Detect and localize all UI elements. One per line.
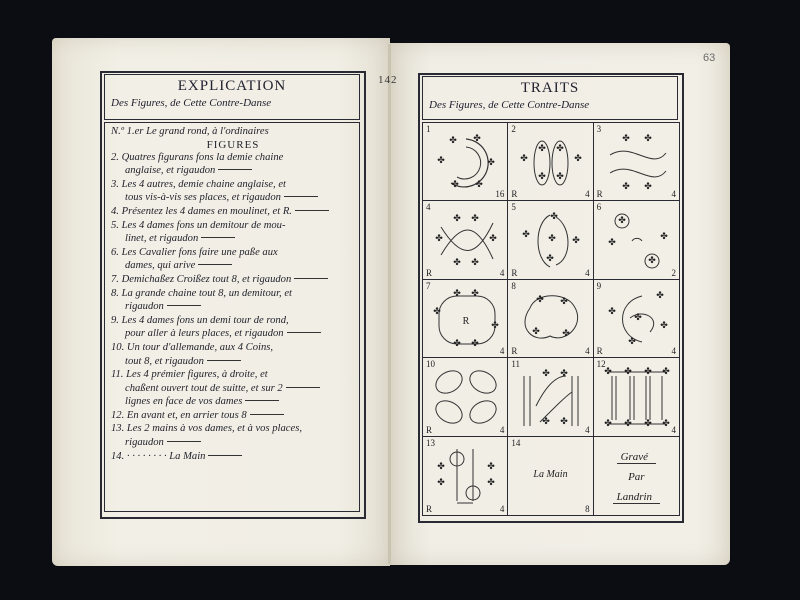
figure-diagram-12: 12✤✤✤✤✤✤✤✤4 — [594, 358, 679, 436]
svg-text:✤: ✤ — [644, 418, 652, 428]
credit-grave: Gravé — [617, 451, 657, 464]
la-main-label: La Main — [508, 469, 592, 480]
figure-entry-continuation: lignes en face de vos dames — [111, 395, 355, 409]
traits-subtitle: Des Figures, de Cette Contre-Danse — [423, 99, 677, 111]
svg-text:✤: ✤ — [563, 328, 571, 338]
figure-entry-continuation: pour aller à leurs places, et rigaudon — [111, 327, 355, 341]
bar-count: 16 — [495, 189, 504, 199]
dance-figure-diagram-icon: ✤✤✤✤✤✤ — [431, 209, 501, 271]
svg-text:✤: ✤ — [539, 171, 547, 181]
figure-entry: 2. Quatres figurans fons la demie chaine — [111, 151, 355, 165]
engraver-credit: Gravé Par Landrin — [594, 437, 679, 515]
svg-text:✤: ✤ — [573, 235, 581, 245]
bar-count: 4 — [500, 268, 505, 278]
figure-entry: 12. En avant et, en arrier tous 8 — [111, 409, 355, 423]
r-marker: R — [511, 346, 517, 356]
dance-figure-diagram-icon: ✤✤✤✤ — [516, 366, 586, 428]
dance-figure-diagram-icon: ✤✤✤✤✤ — [516, 209, 586, 271]
dance-figure-diagram-icon: ✤✤✤✤✤✤R — [431, 288, 501, 350]
svg-text:✤: ✤ — [453, 288, 461, 298]
bar-count: 4 — [500, 425, 505, 435]
dance-figure-diagram-icon: ✤✤✤✤ — [516, 288, 586, 350]
intro-line: N.º 1.er Le grand rond, à l'ordinaires — [111, 125, 355, 139]
svg-text:✤: ✤ — [618, 215, 626, 225]
svg-text:✤: ✤ — [543, 368, 551, 378]
svg-text:✤: ✤ — [471, 213, 479, 223]
figure-entry-continuation: chaßent ouvert tout de suitte, et sur 2 — [111, 382, 355, 396]
svg-text:✤: ✤ — [660, 320, 668, 330]
explication-body: N.º 1.er Le grand rond, à l'ordinaires F… — [104, 122, 360, 512]
figure-number: 1 — [426, 124, 431, 134]
svg-text:✤: ✤ — [453, 213, 461, 223]
svg-text:✤: ✤ — [473, 133, 481, 143]
r-marker: R — [511, 268, 517, 278]
svg-text:✤: ✤ — [453, 338, 461, 348]
figure-entry: 9. Les 4 dames fons un demi tour de rond… — [111, 314, 355, 328]
svg-text:✤: ✤ — [557, 171, 565, 181]
figure-entry: 13. Les 2 mains à vos dames, et à vos pl… — [111, 422, 355, 436]
traits-title: TRAITS — [423, 80, 677, 97]
figure-entry-continuation: rigaudon — [111, 436, 355, 450]
figure-number: 2 — [511, 124, 516, 134]
svg-text:✤: ✤ — [575, 153, 583, 163]
figure-diagram-2: 2✤✤✤✤✤✤R4 — [508, 123, 593, 201]
svg-text:✤: ✤ — [543, 416, 551, 426]
r-marker: R — [597, 346, 603, 356]
bar-count: 4 — [672, 425, 677, 435]
svg-text:✤: ✤ — [608, 306, 616, 316]
svg-text:✤: ✤ — [487, 157, 495, 167]
figure-entry-continuation: anglaise, et rigaudon — [111, 164, 355, 178]
r-marker: R — [597, 189, 603, 199]
bar-count: 4 — [672, 189, 677, 199]
folio-number: 142 — [378, 74, 398, 86]
svg-text:✤: ✤ — [622, 133, 630, 143]
svg-text:✤: ✤ — [437, 477, 445, 487]
svg-text:✤: ✤ — [521, 153, 529, 163]
figure-diagram-grid: 1✤✤✤✤✤✤162✤✤✤✤✤✤R43✤✤✤✤R44✤✤✤✤✤✤R45✤✤✤✤✤… — [422, 122, 680, 516]
figure-diagram-4: 4✤✤✤✤✤✤R4 — [423, 201, 508, 279]
dance-figure-diagram-icon: ✤✤✤✤✤✤✤✤ — [602, 366, 672, 428]
figure-number: 9 — [597, 281, 602, 291]
svg-text:✤: ✤ — [471, 288, 479, 298]
svg-text:✤: ✤ — [533, 326, 541, 336]
svg-text:✤: ✤ — [648, 255, 656, 265]
svg-text:✤: ✤ — [487, 477, 495, 487]
bar-count: 4 — [585, 346, 590, 356]
svg-text:✤: ✤ — [644, 366, 652, 376]
figure-entry: 14. · · · · · · · · La Main — [111, 450, 355, 464]
figure-entry-continuation: rigaudon — [111, 300, 355, 314]
figure-diagram-10: 10R4 — [423, 358, 508, 436]
bar-count: 8 — [585, 504, 590, 514]
svg-text:✤: ✤ — [561, 368, 569, 378]
figure-diagram-1: 1✤✤✤✤✤✤16 — [423, 123, 508, 201]
svg-text:✤: ✤ — [628, 336, 636, 346]
svg-text:✤: ✤ — [449, 135, 457, 145]
svg-text:✤: ✤ — [547, 253, 555, 263]
figure-entry-continuation: tous vis-à-vis ses places, et rigaudon — [111, 191, 355, 205]
figure-diagram-13: 13✤✤✤✤R4 — [423, 437, 508, 515]
svg-text:✤: ✤ — [437, 155, 445, 165]
bar-count: 4 — [585, 425, 590, 435]
svg-text:✤: ✤ — [437, 461, 445, 471]
svg-text:✤: ✤ — [489, 233, 497, 243]
figure-diagram-5: 5✤✤✤✤✤R4 — [508, 201, 593, 279]
figure-entry: 3. Les 4 autres, demie chaine anglaise, … — [111, 178, 355, 192]
svg-text:✤: ✤ — [471, 338, 479, 348]
figure-entry: 7. Demichaßez Croißez tout 8, et rigaudo… — [111, 273, 355, 287]
svg-text:✤: ✤ — [662, 366, 670, 376]
figure-number: 6 — [597, 202, 602, 212]
dance-figure-diagram-icon: ✤✤✤✤ — [602, 209, 672, 271]
svg-text:✤: ✤ — [487, 461, 495, 471]
svg-text:✤: ✤ — [561, 296, 569, 306]
svg-text:✤: ✤ — [604, 418, 612, 428]
book-gutter — [388, 44, 391, 564]
svg-text:✤: ✤ — [549, 233, 557, 243]
svg-text:✤: ✤ — [539, 143, 547, 153]
svg-text:✤: ✤ — [662, 418, 670, 428]
svg-text:✤: ✤ — [523, 229, 531, 239]
figure-entry: 4. Présentez les 4 dames en moulinet, et… — [111, 205, 355, 219]
svg-text:✤: ✤ — [491, 320, 499, 330]
bar-count: 4 — [500, 504, 505, 514]
svg-text:✤: ✤ — [624, 418, 632, 428]
figure-entry: 8. La grande chaine tout 8, un demitour,… — [111, 287, 355, 301]
archive-number: 63 — [703, 52, 715, 64]
figure-number: 4 — [426, 202, 431, 212]
explication-title: EXPLICATION — [105, 78, 359, 95]
figure-number: 5 — [511, 202, 516, 212]
svg-text:✤: ✤ — [551, 211, 559, 221]
svg-text:✤: ✤ — [537, 294, 545, 304]
r-marker: R — [426, 425, 432, 435]
credit-par: Par — [594, 471, 679, 483]
svg-text:✤: ✤ — [433, 306, 441, 316]
dance-figure-diagram-icon: ✤✤✤✤✤ — [602, 288, 672, 350]
explication-header: EXPLICATION Des Figures, de Cette Contre… — [104, 74, 360, 120]
traits-header: TRAITS Des Figures, de Cette Contre-Dans… — [422, 76, 678, 120]
figure-entry: 5. Les 4 dames fons un demitour de mou- — [111, 219, 355, 233]
svg-text:R: R — [463, 316, 470, 327]
r-marker: R — [511, 189, 517, 199]
figure-diagram-6: 6✤✤✤✤2 — [594, 201, 679, 279]
svg-text:✤: ✤ — [634, 312, 642, 322]
dance-figure-diagram-icon: ✤✤✤✤ — [602, 131, 672, 193]
figure-entry: 10. Un tour d'allemande, aux 4 Coins, — [111, 341, 355, 355]
bar-count: 4 — [585, 268, 590, 278]
svg-text:✤: ✤ — [644, 181, 652, 191]
svg-text:✤: ✤ — [557, 143, 565, 153]
figure-entry-continuation: dames, qui arive — [111, 259, 355, 273]
r-marker: R — [426, 504, 432, 514]
svg-text:✤: ✤ — [604, 366, 612, 376]
figure-entry: 6. Les Cavalier fons faire une paße aux — [111, 246, 355, 260]
figure-number: 3 — [597, 124, 602, 134]
figure-number: 7 — [426, 281, 431, 291]
dance-figure-diagram-icon — [431, 366, 501, 428]
figure-diagram-7: 7✤✤✤✤✤✤R4 — [423, 280, 508, 358]
figure-number: 8 — [511, 281, 516, 291]
svg-text:✤: ✤ — [561, 416, 569, 426]
svg-text:✤: ✤ — [471, 257, 479, 267]
figure-diagram-11: 11✤✤✤✤4 — [508, 358, 593, 436]
svg-text:✤: ✤ — [435, 233, 443, 243]
figure-entry: 11. Les 4 prémier figures, à droite, et — [111, 368, 355, 382]
svg-text:✤: ✤ — [644, 133, 652, 143]
svg-text:✤: ✤ — [622, 181, 630, 191]
figure-diagram-14: 14La Main8 — [508, 437, 593, 515]
figure-diagram-9: 9✤✤✤✤✤R4 — [594, 280, 679, 358]
explication-subtitle: Des Figures, de Cette Contre-Danse — [105, 97, 359, 109]
svg-text:✤: ✤ — [453, 257, 461, 267]
dance-figure-diagram-icon: ✤✤✤✤ — [431, 445, 501, 507]
svg-text:✤: ✤ — [451, 179, 459, 189]
svg-text:✤: ✤ — [475, 179, 483, 189]
svg-text:✤: ✤ — [656, 290, 664, 300]
r-marker: R — [426, 268, 432, 278]
bar-count: 4 — [500, 346, 505, 356]
svg-text:✤: ✤ — [608, 237, 616, 247]
figure-diagram-3: 3✤✤✤✤R4 — [594, 123, 679, 201]
bar-count: 4 — [672, 346, 677, 356]
figure-entry-continuation: tout 8, et rigaudon — [111, 355, 355, 369]
credit-landrin: Landrin — [613, 491, 660, 504]
bar-count: 4 — [585, 189, 590, 199]
figures-heading: FIGURES — [111, 139, 355, 151]
figure-diagram-8: 8✤✤✤✤R4 — [508, 280, 593, 358]
svg-text:✤: ✤ — [660, 231, 668, 241]
dance-figure-diagram-icon: ✤✤✤✤✤✤ — [516, 131, 586, 193]
dance-figure-diagram-icon: ✤✤✤✤✤✤ — [431, 131, 501, 193]
bar-count: 2 — [672, 268, 677, 278]
figure-entry-continuation: linet, et rigaudon — [111, 232, 355, 246]
svg-text:✤: ✤ — [624, 366, 632, 376]
